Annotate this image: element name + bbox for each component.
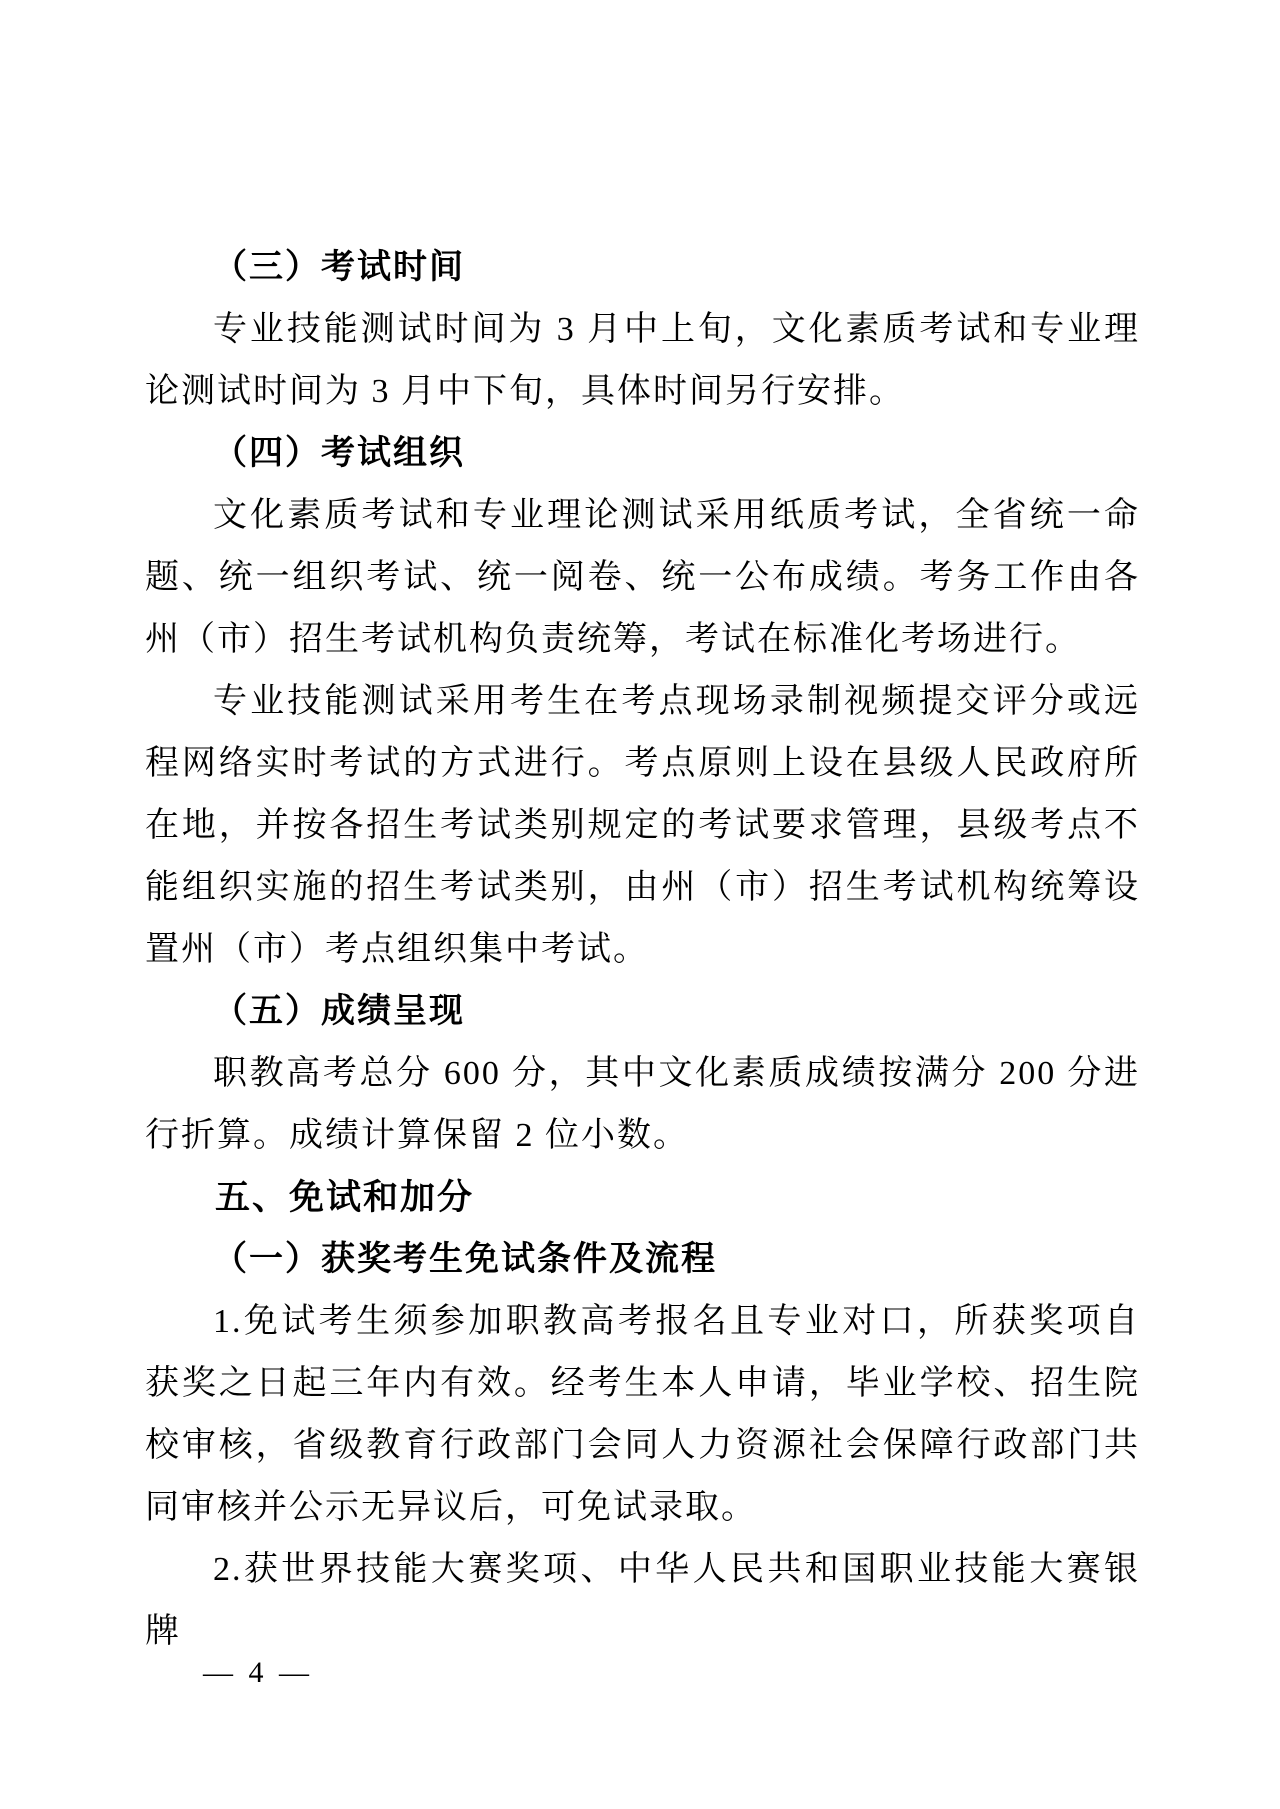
section-heading-exam-time: （三）考试时间 <box>145 237 1140 299</box>
section-heading-exam-organization: （四）考试组织 <box>145 423 1140 485</box>
section-heading-score-presentation: （五）成绩呈现 <box>145 981 1140 1043</box>
paragraph-exam-time: 专业技能测试时间为 3 月中上旬，文化素质考试和专业理论测试时间为 3 月中下旬… <box>145 299 1140 423</box>
paragraph-exam-organization-written: 文化素质考试和专业理论测试采用纸质考试，全省统一命题、统一组织考试、统一阅卷、统… <box>145 485 1140 671</box>
document-body: （三）考试时间 专业技能测试时间为 3 月中上旬，文化素质考试和专业理论测试时间… <box>145 237 1140 1663</box>
chapter-heading-exemption-and-bonus: 五、免试和加分 <box>145 1167 1140 1229</box>
paragraph-score-presentation: 职教高考总分 600 分，其中文化素质成绩按满分 200 分进行折算。成绩计算保… <box>145 1043 1140 1167</box>
section-heading-award-exemption-conditions: （一）获奖考生免试条件及流程 <box>145 1229 1140 1291</box>
paragraph-exemption-item-2: 2.获世界技能大赛奖项、中华人民共和国职业技能大赛银牌 <box>145 1539 1140 1663</box>
page-number-footer: — 4 — <box>203 1652 313 1694</box>
paragraph-exam-organization-skills: 专业技能测试采用考生在考点现场录制视频提交评分或远程网络实时考试的方式进行。考点… <box>145 671 1140 981</box>
document-page: （三）考试时间 专业技能测试时间为 3 月中上旬，文化素质考试和专业理论测试时间… <box>0 0 1280 1809</box>
paragraph-exemption-item-1: 1.免试考生须参加职教高考报名且专业对口，所获奖项自获奖之日起三年内有效。经考生… <box>145 1291 1140 1539</box>
